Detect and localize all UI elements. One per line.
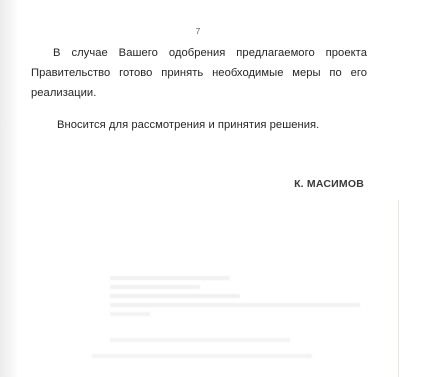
bleed-through-mark [110, 312, 150, 316]
bleed-through-mark [110, 294, 240, 298]
bleed-through-mark [92, 354, 312, 358]
bleed-through-mark [110, 276, 230, 280]
scan-edge-line [398, 200, 399, 377]
signature-name: К. МАСИМОВ [0, 178, 364, 190]
page-number: 7 [0, 27, 396, 36]
bleed-through-mark [110, 285, 200, 289]
document-page: 7 В случае Вашего одобрения предлагаемог… [0, 0, 426, 377]
bleed-through-mark [110, 338, 290, 342]
paragraph-submission: Вносится для рассмотрения и принятия реш… [31, 115, 367, 135]
paragraph-approval: В случае Вашего одобрения предлагаемого … [31, 43, 367, 103]
bleed-through-mark [110, 303, 360, 307]
